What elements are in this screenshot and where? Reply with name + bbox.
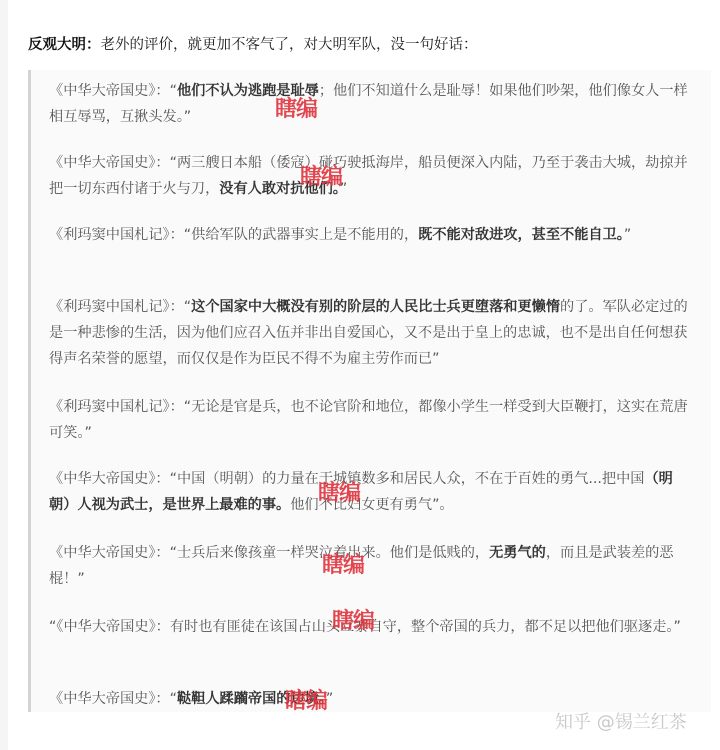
- quote-source: 《中华大帝国史》：: [49, 155, 170, 171]
- quote-text: ”: [624, 227, 631, 243]
- quote-source: 《利玛窦中国札记》：: [49, 227, 184, 243]
- quote-bold: 无勇气的: [489, 545, 546, 561]
- red-stamp-annotation: 瞎编: [332, 604, 374, 635]
- quote-text: “: [170, 83, 177, 99]
- quote-text: “供给军队的武器事实上是不能用的，: [184, 227, 418, 243]
- intro-text: 老外的评价，就更加不客气了，对大明军队，没一句好话：: [101, 37, 478, 53]
- quote-paragraph-7: 《中华大帝国史》：“士兵后来像孩童一样哭泣着出来。他们是低贱的，无勇气的，而且是…: [49, 540, 689, 592]
- quote-text: “中国（明朝）的力量在于城镇数多和居民人众，不在于百姓的勇气...把中国: [170, 471, 645, 487]
- left-rail: [0, 0, 8, 750]
- red-stamp-annotation: 瞎编: [285, 684, 327, 715]
- quote-paragraph-3: 《利玛窦中国札记》：“供给军队的武器事实上是不能用的，既不能对敌进攻，甚至不能自…: [49, 222, 689, 248]
- intro-paragraph: 反观大明：老外的评价，就更加不客气了，对大明军队，没一句好话：: [28, 34, 478, 56]
- quote-bold: 既不能对敌进攻，甚至不能自卫。: [418, 227, 624, 243]
- quote-text: 他们不比妇女更有勇气”。: [290, 497, 453, 513]
- quote-bold: 这个国家中大概没有别的阶层的人民比士兵更堕落和更懒惰: [191, 299, 560, 315]
- quote-source: 《利玛窦中国札记》：: [49, 299, 184, 315]
- red-stamp-annotation: 瞎编: [318, 476, 360, 507]
- quote-paragraph-1: 《中华大帝国史》：“他们不认为逃跑是耻辱；他们不知道什么是耻辱！如果他们吵架，他…: [49, 78, 689, 130]
- quote-paragraph-2: 《中华大帝国史》：“两三艘日本船（倭寇）碰巧驶抵海岸，船员便深入内陆，乃至于袭击…: [49, 150, 689, 202]
- red-stamp-annotation: 瞎编: [322, 548, 364, 579]
- quote-source: 《中华大帝国史》：: [49, 545, 170, 561]
- red-stamp-annotation: 瞎编: [275, 92, 317, 123]
- intro-label: 反观大明：: [28, 37, 101, 53]
- quote-text: ”: [326, 691, 333, 707]
- red-stamp-annotation: 瞎编: [300, 160, 342, 191]
- quote-paragraph-6: 《中华大帝国史》：“中国（明朝）的力量在于城镇数多和居民人众，不在于百姓的勇气.…: [49, 466, 689, 518]
- quote-source: 《中华大帝国史》：: [49, 471, 170, 487]
- quote-source: 《中华大帝国史》：: [49, 691, 170, 707]
- quote-paragraph-4: 《利玛窦中国札记》：“这个国家中大概没有别的阶层的人民比士兵更堕落和更懒惰的了。…: [49, 294, 689, 372]
- quote-source: 《中华大帝国史》：: [49, 83, 170, 99]
- zhihu-watermark: 知乎 @锡兰红茶: [555, 708, 687, 734]
- quote-text: “: [170, 691, 177, 707]
- quote-source: 《利玛窦中国札记》：: [49, 399, 184, 415]
- quote-paragraph-5: 《利玛窦中国札记》：“无论是官是兵，也不论官阶和地位，都像小学生一样受到大臣鞭打…: [49, 394, 689, 446]
- quote-source: “《中华大帝国史》：: [49, 619, 170, 635]
- quote-text: 有时也有匪徒在该国占山头立寨自守，整个帝国的兵力，都不足以把他们驱逐走。”: [170, 619, 681, 635]
